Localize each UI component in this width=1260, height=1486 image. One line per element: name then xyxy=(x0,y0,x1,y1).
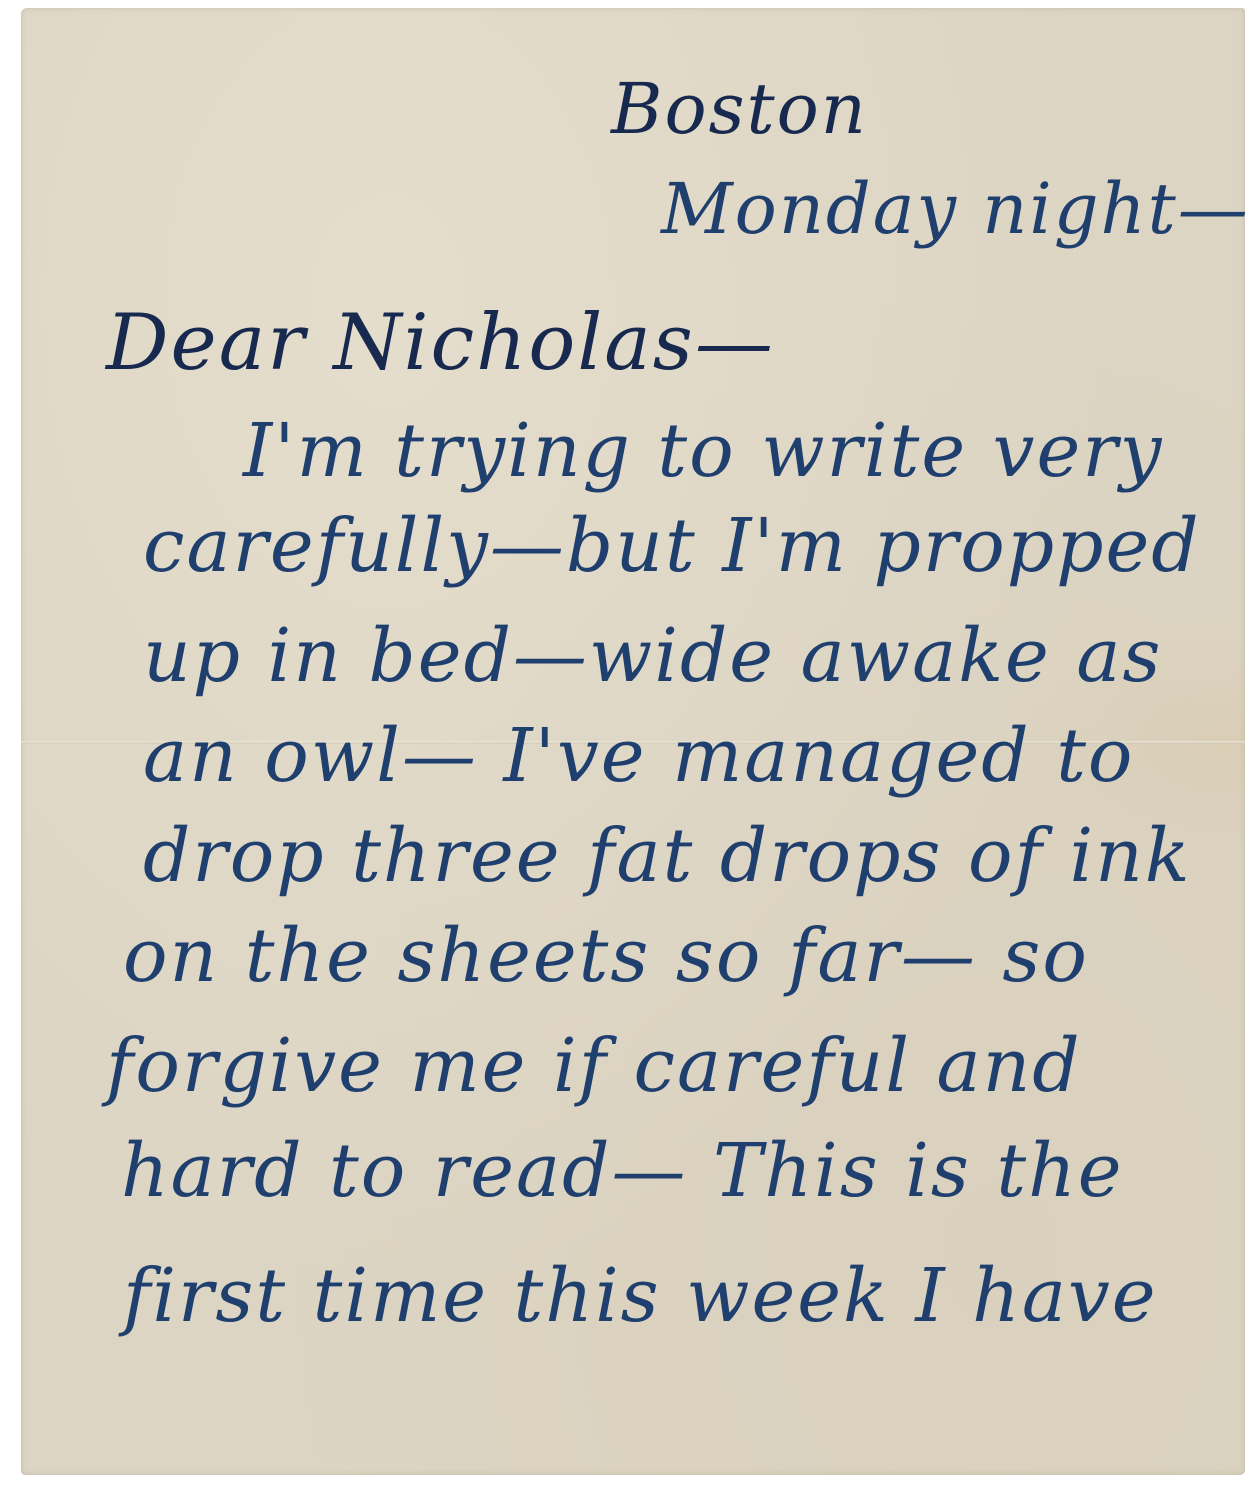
letter-page: Boston Monday night— Dear Nicholas— I'm … xyxy=(21,8,1245,1475)
letter-body-line: carefully—but I'm propped xyxy=(143,503,1201,589)
letter-body-line: I'm trying to write very xyxy=(243,408,1163,494)
letter-salutation: Dear Nicholas— xyxy=(106,298,775,388)
letter-body-line: on the sheets so far— so xyxy=(123,913,1089,999)
letter-body-line: an owl— I've managed to xyxy=(143,713,1135,799)
letter-body-line: up in bed—wide awake as xyxy=(143,613,1162,699)
letter-date: Monday night— xyxy=(661,168,1250,250)
letter-body-line: hard to read— This is the xyxy=(121,1128,1124,1214)
letter-body-line: drop three fat drops of ink xyxy=(143,813,1192,899)
letter-place: Boston xyxy=(611,68,868,150)
letter-body-line: first time this week I have xyxy=(123,1253,1158,1339)
letter-body-line: forgive me if careful and xyxy=(106,1023,1082,1109)
